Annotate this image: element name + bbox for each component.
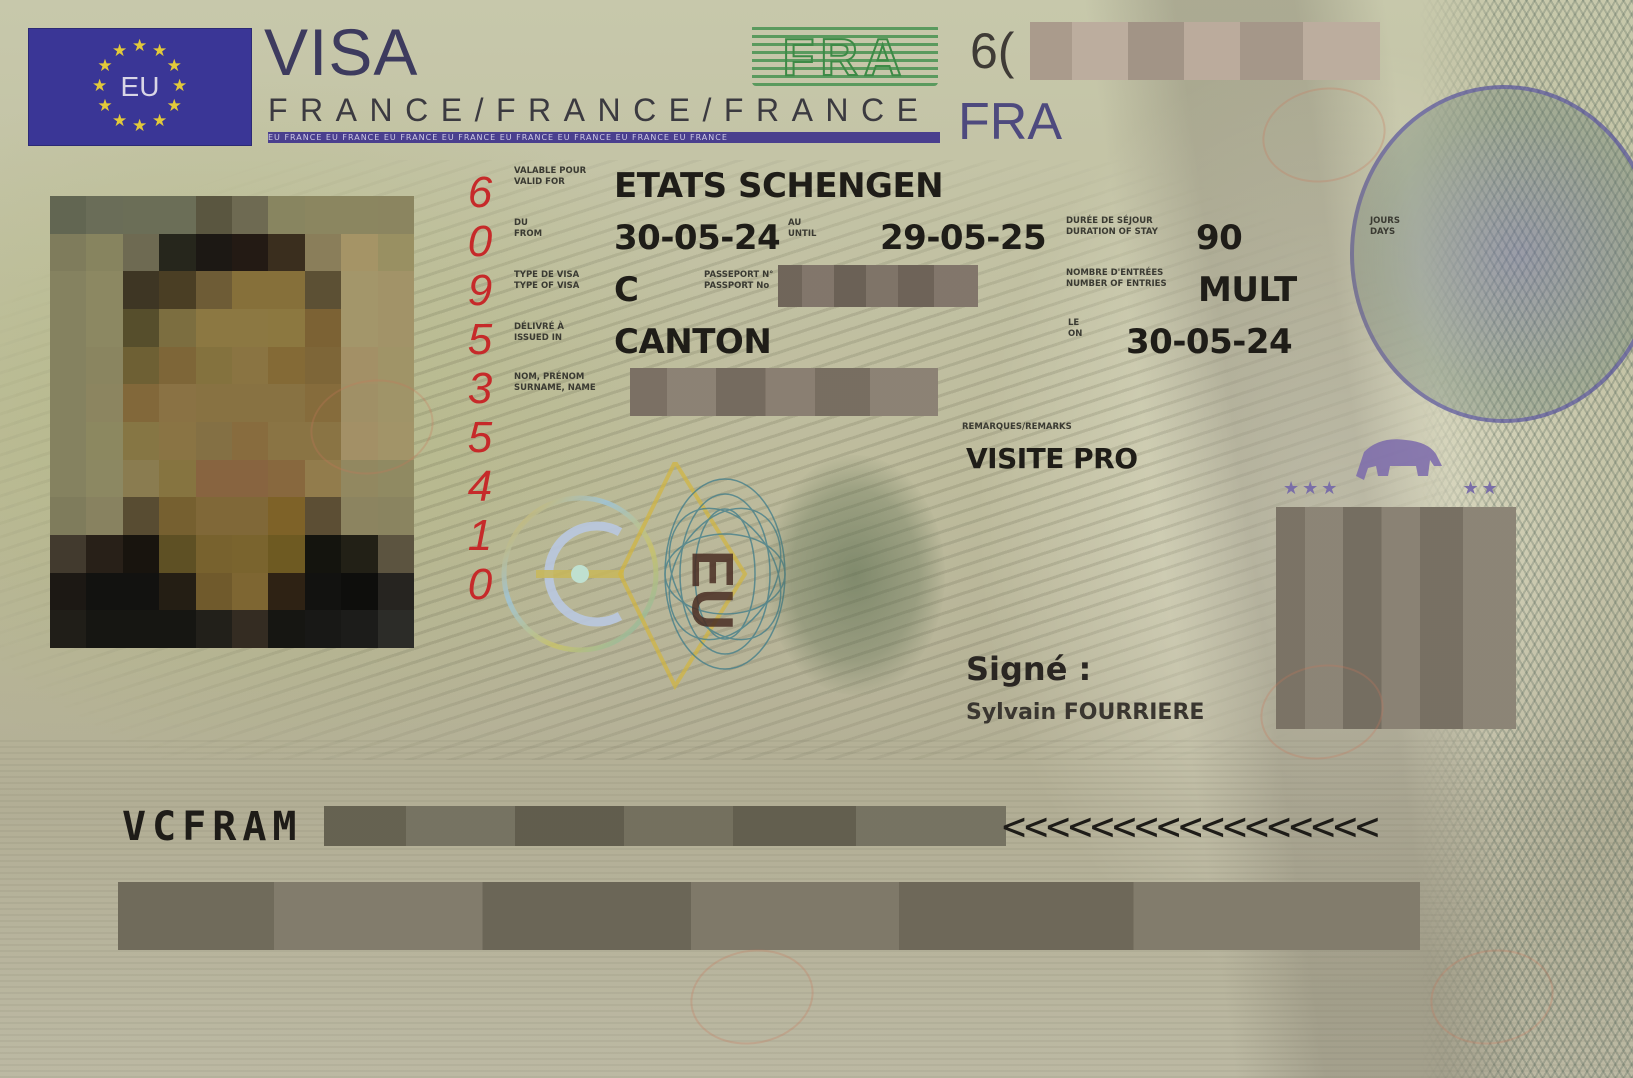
photo-pixel [86, 271, 122, 309]
visa-sticker: ★★★★★★★★★★★★ EU VISA FRANCE/FRANCE/FRANC… [0, 0, 1633, 1078]
entries-value: MULT [1198, 270, 1297, 310]
mrz-line1-filler: <<<<<<<<<<<<<<<<< [1002, 804, 1377, 850]
until-date-value: 29-05-25 [880, 218, 1046, 258]
eu-flag-icon: ★★★★★★★★★★★★ EU [28, 28, 252, 146]
serial-digit: 9 [458, 266, 502, 315]
photo-pixel [159, 573, 195, 611]
fingerprint-watermark [765, 455, 945, 695]
label-en: DAYS [1370, 227, 1400, 238]
photo-pixel [232, 535, 268, 573]
photo-pixel [123, 271, 159, 309]
serial-digit: 3 [458, 364, 502, 413]
photo-pixel [232, 347, 268, 385]
photo-pixel [50, 384, 86, 422]
photo-pixel [268, 460, 304, 498]
photo-pixel [341, 234, 377, 272]
photo-pixel [232, 196, 268, 234]
photo-pixel [123, 309, 159, 347]
until-label: AU UNTIL [788, 218, 816, 240]
passport-number-label: PASSEPORT N° PASSPORT No [704, 270, 773, 292]
eu-star-icon: ★ [152, 113, 167, 130]
label-en: ISSUED IN [514, 333, 564, 344]
serial-digit: 5 [458, 315, 502, 364]
label-fr: JOURS [1370, 216, 1400, 227]
valid-for-label: VALABLE POUR VALID FOR [514, 166, 586, 188]
photo-pixel [50, 497, 86, 535]
photo-pixel [378, 196, 414, 234]
photo-pixel [50, 234, 86, 272]
photo-pixel [159, 347, 195, 385]
photo-pixel [50, 309, 86, 347]
from-label: DU FROM [514, 218, 542, 240]
valid-for-value: ETATS SCHENGEN [614, 166, 943, 206]
serial-digit: 5 [458, 413, 502, 462]
duration-value: 90 [1196, 218, 1242, 258]
photo-pixel [196, 384, 232, 422]
photo-pixel [305, 196, 341, 234]
photo-pixel [123, 422, 159, 460]
photo-pixel [123, 535, 159, 573]
photo-pixel [196, 610, 232, 648]
photo-pixel [86, 422, 122, 460]
photo-pixel [268, 497, 304, 535]
photo-pixel [378, 234, 414, 272]
stars-row-icon: ★★★ ★★ [1283, 478, 1501, 499]
photo-pixel [196, 573, 232, 611]
photo-pixel [86, 309, 122, 347]
photo-pixel [268, 196, 304, 234]
photo-pixel [50, 460, 86, 498]
photo-pixel [268, 535, 304, 573]
photo-pixel [268, 309, 304, 347]
mrz-line1-prefix: VCFRAM [122, 804, 303, 850]
photo-pixel [159, 309, 195, 347]
label-en: VALID FOR [514, 177, 586, 188]
eu-star-icon: ★ [112, 113, 127, 130]
photo-pixel [50, 535, 86, 573]
photo-pixel [232, 422, 268, 460]
photo-pixel [341, 271, 377, 309]
from-date-value: 30-05-24 [614, 218, 780, 258]
label-fr: VALABLE POUR [514, 166, 586, 177]
photo-pixel [341, 610, 377, 648]
label-fr: NOM, PRÉNOM [514, 372, 596, 383]
label-fr: NOMBRE D'ENTRÉES [1066, 268, 1167, 279]
photo-pixel [86, 234, 122, 272]
fra-emblem-text: FRA [752, 28, 938, 88]
redacted-mrz-line2 [118, 882, 1420, 950]
photo-pixel [196, 497, 232, 535]
serial-digit: 4 [458, 462, 502, 511]
photo-pixel [86, 610, 122, 648]
photo-pixel [196, 271, 232, 309]
photo-pixel [378, 535, 414, 573]
serial-digit: 1 [458, 511, 502, 560]
photo-pixel [305, 271, 341, 309]
photo-pixel [196, 460, 232, 498]
photo-pixel [50, 347, 86, 385]
photo-pixel [50, 422, 86, 460]
elephant-emblem-icon [1350, 432, 1446, 484]
photo-pixel [159, 422, 195, 460]
photo-pixel [50, 573, 86, 611]
photo-pixel [232, 460, 268, 498]
issued-in-value: CANTON [614, 322, 771, 362]
photo-pixel [378, 309, 414, 347]
photo-pixel [123, 573, 159, 611]
photo-pixel [378, 271, 414, 309]
photo-pixel [378, 497, 414, 535]
photo-pixel [341, 196, 377, 234]
country-line: FRANCE/FRANCE/FRANCE [268, 92, 930, 129]
photo-pixel [378, 610, 414, 648]
photo-pixel [123, 196, 159, 234]
label-fr: PASSEPORT N° [704, 270, 773, 281]
duration-label: DURÉE DE SÉJOUR DURATION OF STAY [1066, 216, 1158, 238]
eu-flag-label: EU [29, 71, 251, 103]
label-en: UNTIL [788, 229, 816, 240]
photo-pixel [341, 573, 377, 611]
redacted-holder-name [630, 368, 938, 416]
photo-pixel [341, 309, 377, 347]
photo-pixel [123, 497, 159, 535]
photo-pixel [196, 347, 232, 385]
photo-pixel [196, 422, 232, 460]
label-fr: LE [1068, 318, 1082, 329]
label-en: SURNAME, NAME [514, 383, 596, 394]
photo-pixel [196, 234, 232, 272]
redacted-mrz-line1 [324, 806, 1006, 846]
photo-pixel [159, 234, 195, 272]
microprint-band: EU FRANCE EU FRANCE EU FRANCE EU FRANCE … [268, 132, 940, 143]
issued-on-label: LE ON [1068, 318, 1082, 340]
label-en: ON [1068, 329, 1082, 340]
photo-pixel [268, 271, 304, 309]
photo-pixel [232, 384, 268, 422]
visa-type-label: TYPE DE VISA TYPE OF VISA [514, 270, 579, 292]
photo-pixel [196, 309, 232, 347]
photo-pixel [196, 535, 232, 573]
photo-pixel [123, 384, 159, 422]
label-en: DURATION OF STAY [1066, 227, 1158, 238]
remarks-label: REMARQUES/REMARKS [962, 422, 1072, 433]
label-fr: DÉLIVRÉ À [514, 322, 564, 333]
photo-pixel [86, 535, 122, 573]
photo-pixel [123, 347, 159, 385]
photo-pixel [305, 347, 341, 385]
photo-pixel [123, 610, 159, 648]
visa-serial-number: 6( [970, 22, 1014, 80]
photo-pixel [159, 535, 195, 573]
hologram-letters: EU [680, 550, 745, 631]
duration-unit-label: JOURS DAYS [1370, 216, 1400, 238]
photo-pixel [86, 196, 122, 234]
signatory-name: Sylvain FOURRIERE [966, 700, 1204, 725]
name-label: NOM, PRÉNOM SURNAME, NAME [514, 372, 596, 394]
photo-pixel [232, 573, 268, 611]
vertical-serial-number: 609535410 [458, 168, 502, 609]
eu-hologram-icon: EU [500, 462, 800, 692]
remarks-value: VISITE PRO [966, 442, 1138, 475]
serial-digit: 6 [458, 168, 502, 217]
redacted-passport-number [778, 265, 978, 307]
photo-pixel [86, 497, 122, 535]
photo-pixel [159, 460, 195, 498]
photo-pixel [159, 384, 195, 422]
photo-pixel [305, 309, 341, 347]
photo-pixel [341, 535, 377, 573]
photo-pixel [86, 347, 122, 385]
photo-pixel [378, 573, 414, 611]
label-en: PASSPORT No [704, 281, 773, 292]
photo-pixel [268, 610, 304, 648]
label-fr: DU [514, 218, 542, 229]
photo-pixel [50, 196, 86, 234]
issued-in-label: DÉLIVRÉ À ISSUED IN [514, 322, 564, 344]
label-fr: DURÉE DE SÉJOUR [1066, 216, 1158, 227]
label-en: FROM [514, 229, 542, 240]
eu-star-icon: ★ [152, 43, 167, 60]
photo-pixel [50, 610, 86, 648]
photo-pixel [232, 309, 268, 347]
photo-pixel [268, 573, 304, 611]
photo-pixel [232, 234, 268, 272]
photo-pixel [232, 610, 268, 648]
photo-pixel [159, 196, 195, 234]
photo-pixel [159, 610, 195, 648]
photo-pixel [341, 497, 377, 535]
photo-pixel [123, 234, 159, 272]
serial-digit: 0 [458, 217, 502, 266]
photo-pixel [50, 271, 86, 309]
eu-star-icon: ★ [132, 38, 147, 55]
visa-type-value: C [614, 270, 638, 310]
signature-label: Signé : [966, 650, 1091, 688]
photo-pixel [232, 271, 268, 309]
photo-pixel [159, 271, 195, 309]
photo-pixel [232, 497, 268, 535]
label-en: NUMBER OF ENTRIES [1066, 279, 1167, 290]
photo-pixel [268, 422, 304, 460]
photo-pixel [305, 234, 341, 272]
eu-star-icon: ★ [132, 118, 147, 135]
issuing-state-code: FRA [958, 92, 1062, 152]
photo-pixel [123, 460, 159, 498]
label-fr: TYPE DE VISA [514, 270, 579, 281]
photo-pixel [86, 460, 122, 498]
eu-star-icon: ★ [112, 43, 127, 60]
issued-on-value: 30-05-24 [1126, 322, 1292, 362]
photo-pixel [268, 347, 304, 385]
photo-pixel [86, 573, 122, 611]
photo-pixel [305, 535, 341, 573]
photo-pixel [268, 384, 304, 422]
redacted-serial [1030, 22, 1380, 80]
photo-pixel [305, 497, 341, 535]
photo-pixel [268, 234, 304, 272]
photo-pixel [305, 573, 341, 611]
photo-pixel [159, 497, 195, 535]
fra-emblem-icon: FRA [752, 24, 938, 86]
visa-title: VISA [264, 14, 418, 90]
label-fr: AU [788, 218, 816, 229]
label-en: TYPE OF VISA [514, 281, 579, 292]
entries-label: NOMBRE D'ENTRÉES NUMBER OF ENTRIES [1066, 268, 1167, 290]
photo-pixel [196, 196, 232, 234]
photo-pixel [86, 384, 122, 422]
photo-pixel [305, 610, 341, 648]
serial-digit: 0 [458, 560, 502, 609]
